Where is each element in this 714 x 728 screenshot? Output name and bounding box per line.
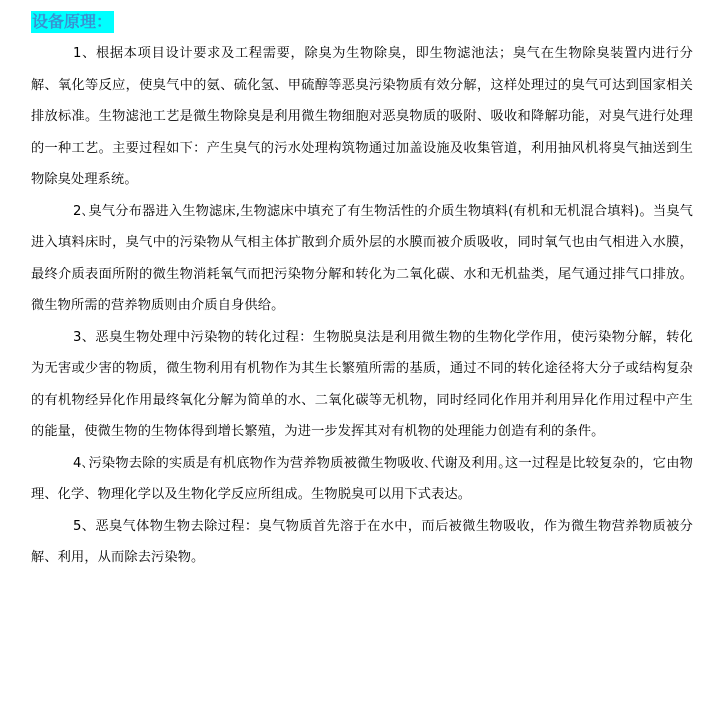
paragraph-4: 4､污染物去除的实质是有机底物作为营养物质被微生物吸收､代谢及利用｡这一过程是比… <box>31 448 693 511</box>
paragraph-2: 2､臭气分布器进入生物滤床,生物滤床中填充了有生物活性的介质生物填料(有机和无机… <box>31 196 693 322</box>
paragraph-1: 1、根据本项目设计要求及工程需要，除臭为生物除臭，即生物滤池法；臭气在生物除臭装… <box>31 38 693 196</box>
paragraph-3: 3、恶臭生物处理中污染物的转化过程：生物脱臭法是利用微生物的生物化学作用，使污染… <box>31 322 693 448</box>
section-heading: 设备原理： <box>31 11 114 33</box>
paragraph-5: 5、恶臭气体物生物去除过程：臭气物质首先溶于在水中，而后被微生物吸收，作为微生物… <box>31 511 693 574</box>
document-page: 设备原理： 1、根据本项目设计要求及工程需要，除臭为生物除臭，即生物滤池法；臭气… <box>31 11 693 574</box>
